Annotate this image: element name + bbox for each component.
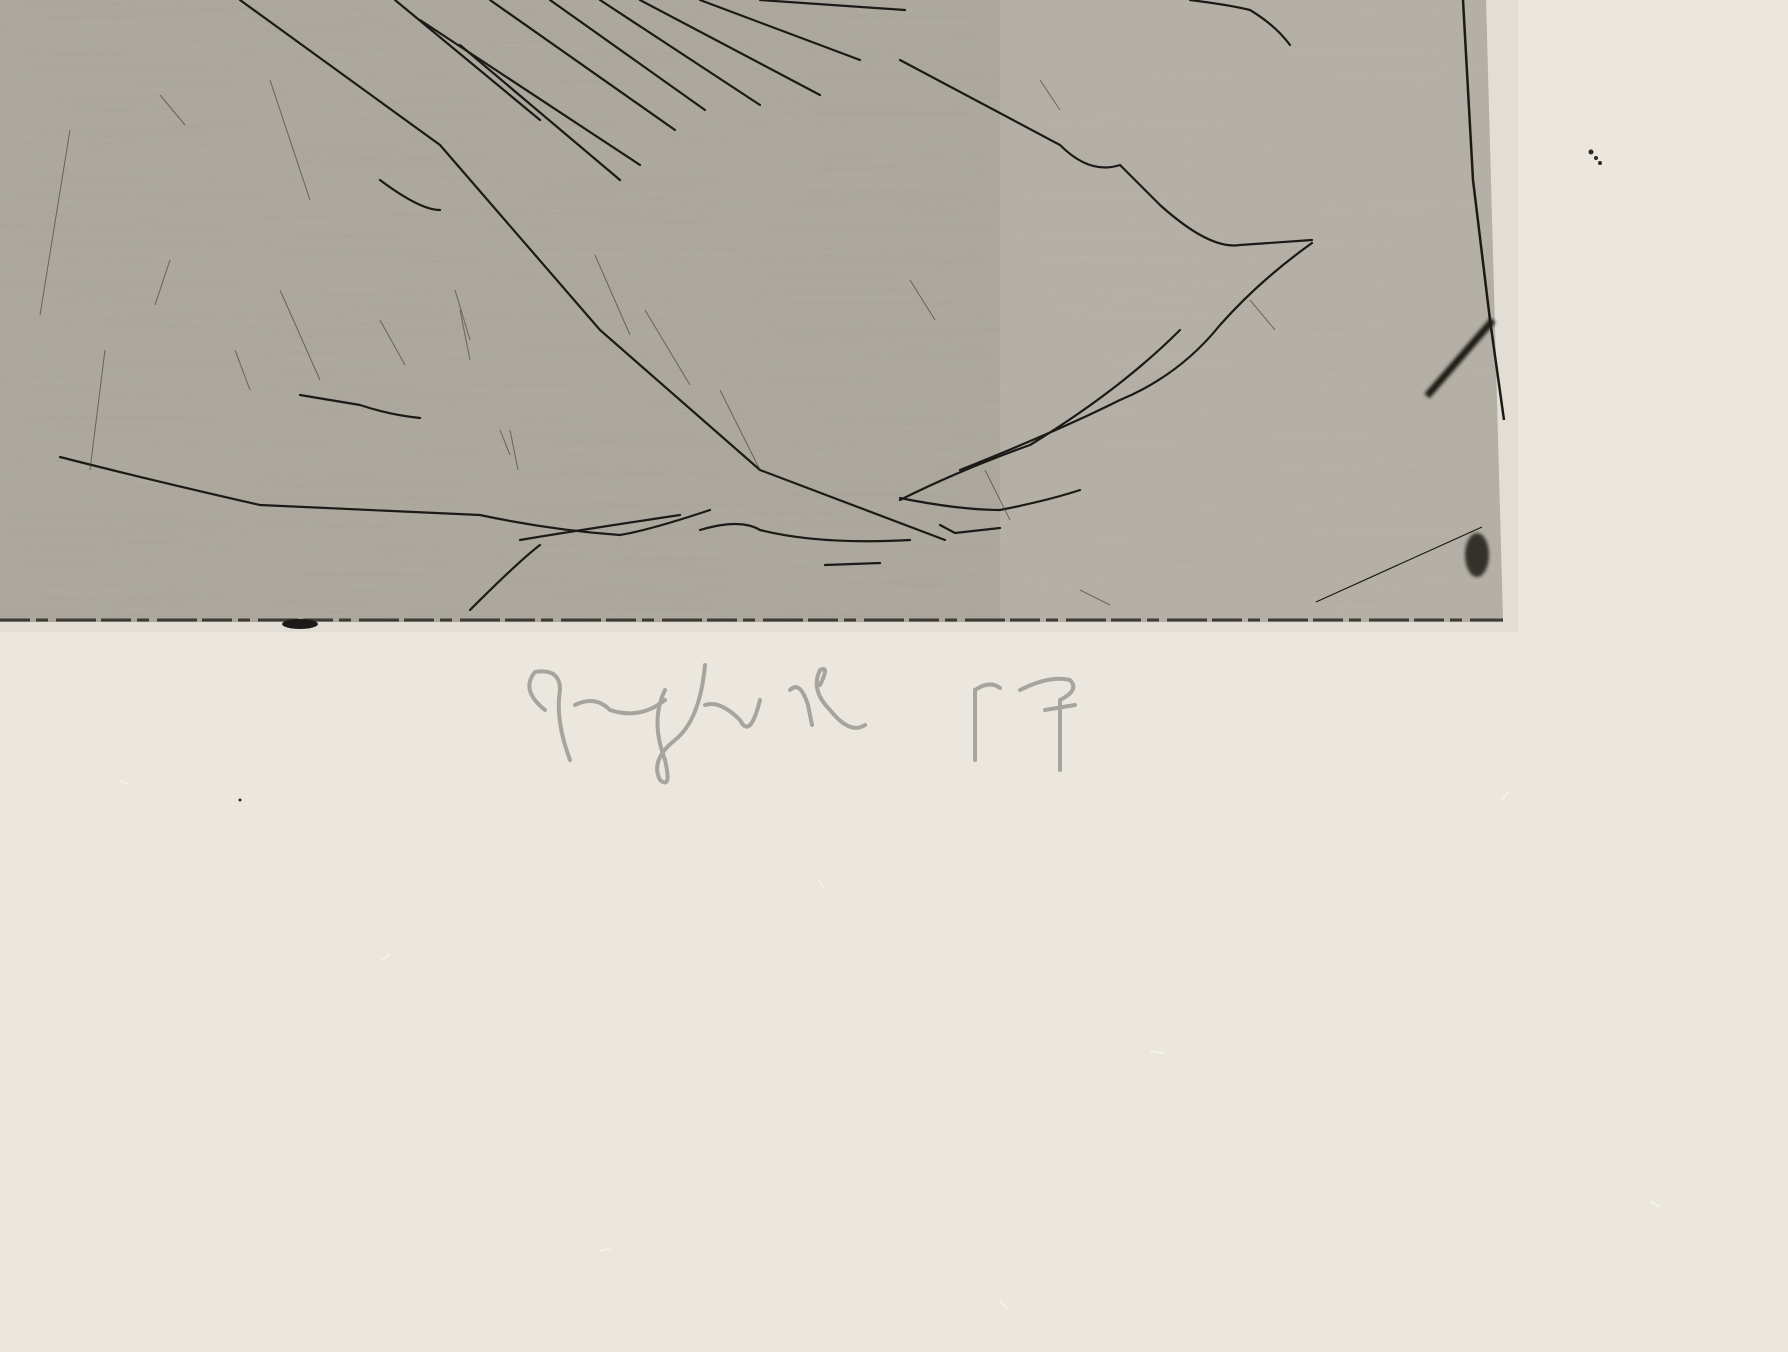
etching-photo: Guglielmi 57 [0,0,1788,1352]
etching-artwork [0,0,1788,1352]
